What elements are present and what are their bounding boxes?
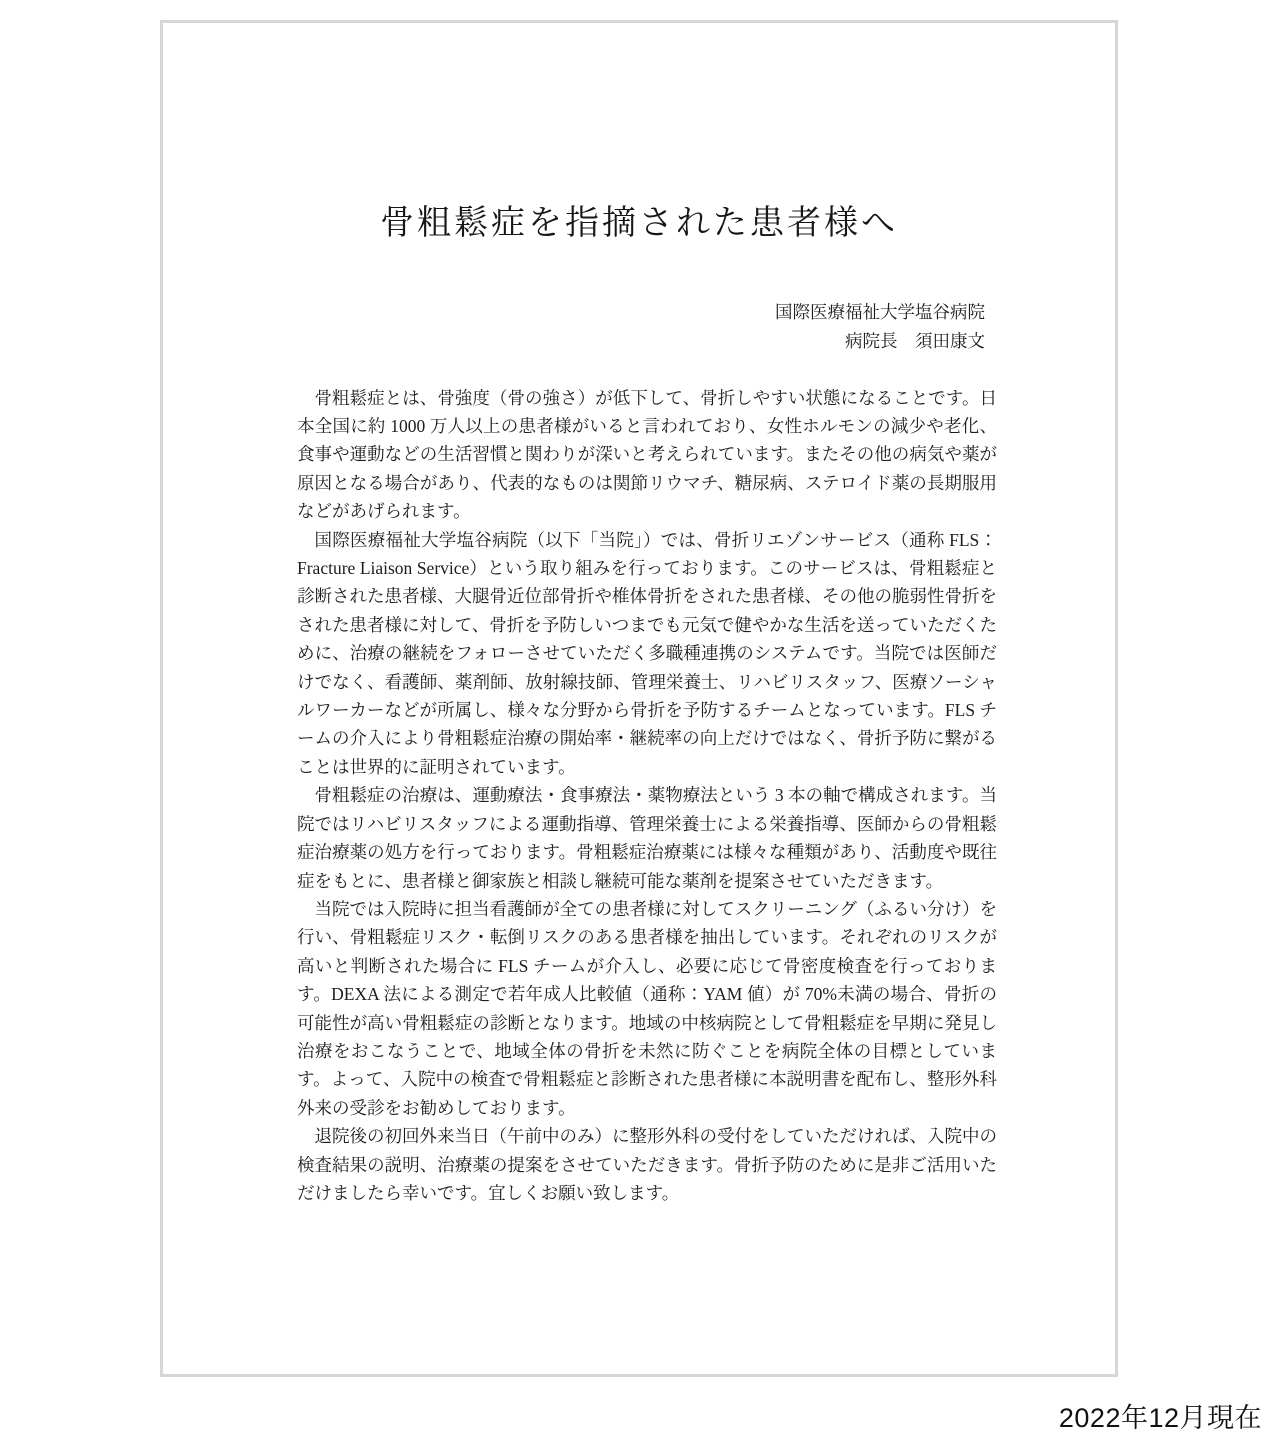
sender-director-name: 病院長 須田康文 [163,327,985,356]
document-viewer: { "doc": { "title": "骨粗鬆症を指摘された患者様へ", "s… [0,0,1280,1446]
document-page: 骨粗鬆症を指摘された患者様へ 国際医療福祉大学塩谷病院 病院長 須田康文 骨粗鬆… [160,20,1118,1377]
revision-date: 2022年12月現在 [1059,1396,1262,1435]
document-body: 骨粗鬆症とは、骨強度（骨の強さ）が低下して、骨折しやすい状態になることです。日本… [163,384,1115,1208]
body-paragraph: 骨粗鬆症とは、骨強度（骨の強さ）が低下して、骨折しやすい状態になることです。日本… [297,384,997,526]
sender-hospital-name: 国際医療福祉大学塩谷病院 [163,298,985,327]
page-title: 骨粗鬆症を指摘された患者様へ [163,200,1115,248]
sender-block: 国際医療福祉大学塩谷病院 病院長 須田康文 [163,298,1115,356]
body-paragraph: 骨粗鬆症の治療は、運動療法・食事療法・薬物療法という 3 本の軸で構成されます。… [297,781,997,895]
body-paragraph: 国際医療福祉大学塩谷病院（以下「当院」）では、骨折リエゾンサービス（通称 FLS… [297,526,997,782]
body-paragraph: 退院後の初回外来当日（午前中のみ）に整形外科の受付をしていただければ、入院中の検… [297,1122,997,1207]
body-paragraph: 当院では入院時に担当看護師が全ての患者様に対してスクリーニング（ふるい分け）を行… [297,895,997,1122]
